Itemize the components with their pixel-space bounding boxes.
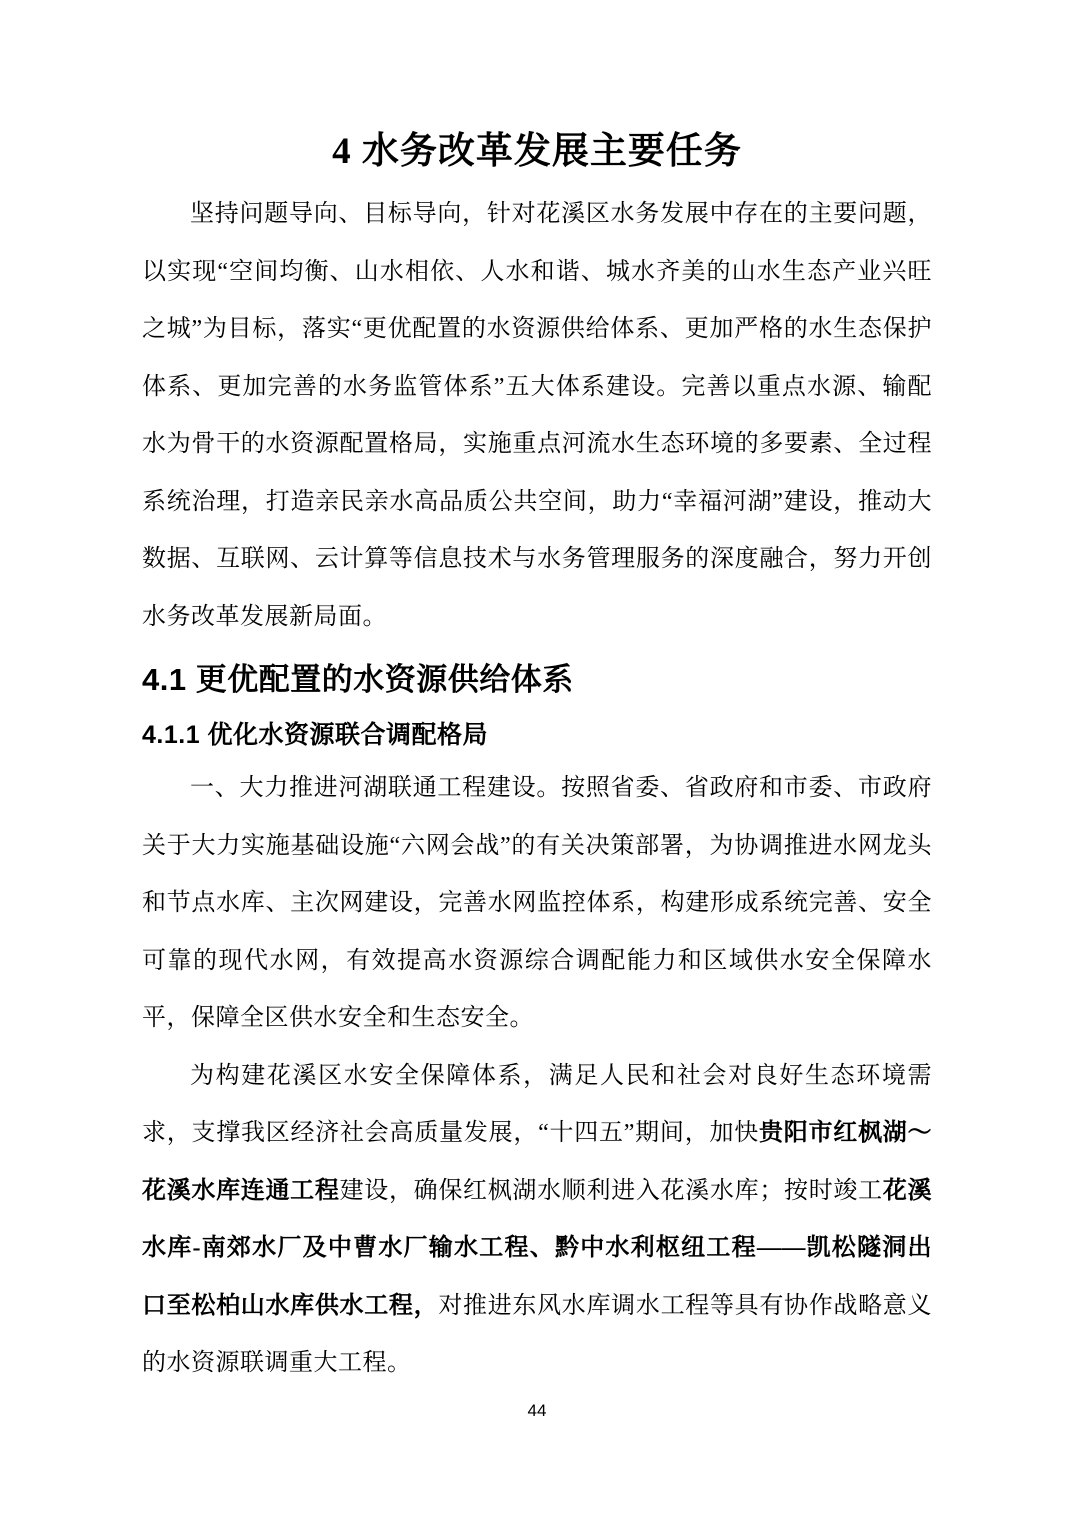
body-paragraph: 为构建花溪区水安全保障体系，满足人民和社会对良好生态环境需求，支撑我区经济社会高… [142, 1048, 932, 1393]
body-paragraph: 坚持问题导向、目标导向，针对花溪区水务发展中存在的主要问题，以实现“空间均衡、山… [142, 186, 932, 646]
document-title: 4 水务改革发展主要任务 [142, 118, 932, 186]
section-heading: 4.1 更优配置的水资源供给体系 [142, 652, 932, 708]
text-run: 一、大力推进河湖联通工程建设。按照省委、省政府和市委、市政府关于大力实施基础设施… [142, 775, 932, 1031]
subsection-heading: 4.1.1 优化水资源联合调配格局 [142, 710, 932, 760]
body-paragraph: 一、大力推进河湖联通工程建设。按照省委、省政府和市委、市政府关于大力实施基础设施… [142, 760, 932, 1048]
page-number: 44 [142, 1399, 932, 1423]
text-run: 建设，确保红枫湖水顺利进入花溪水库；按时竣工 [340, 1178, 883, 1204]
text-run: 坚持问题导向、目标导向，针对花溪区水务发展中存在的主要问题，以实现“空间均衡、山… [142, 201, 932, 630]
document-page: 4 水务改革发展主要任务 坚持问题导向、目标导向，针对花溪区水务发展中存在的主要… [0, 0, 1074, 1520]
document-body: 坚持问题导向、目标导向，针对花溪区水务发展中存在的主要问题，以实现“空间均衡、山… [142, 186, 932, 1393]
